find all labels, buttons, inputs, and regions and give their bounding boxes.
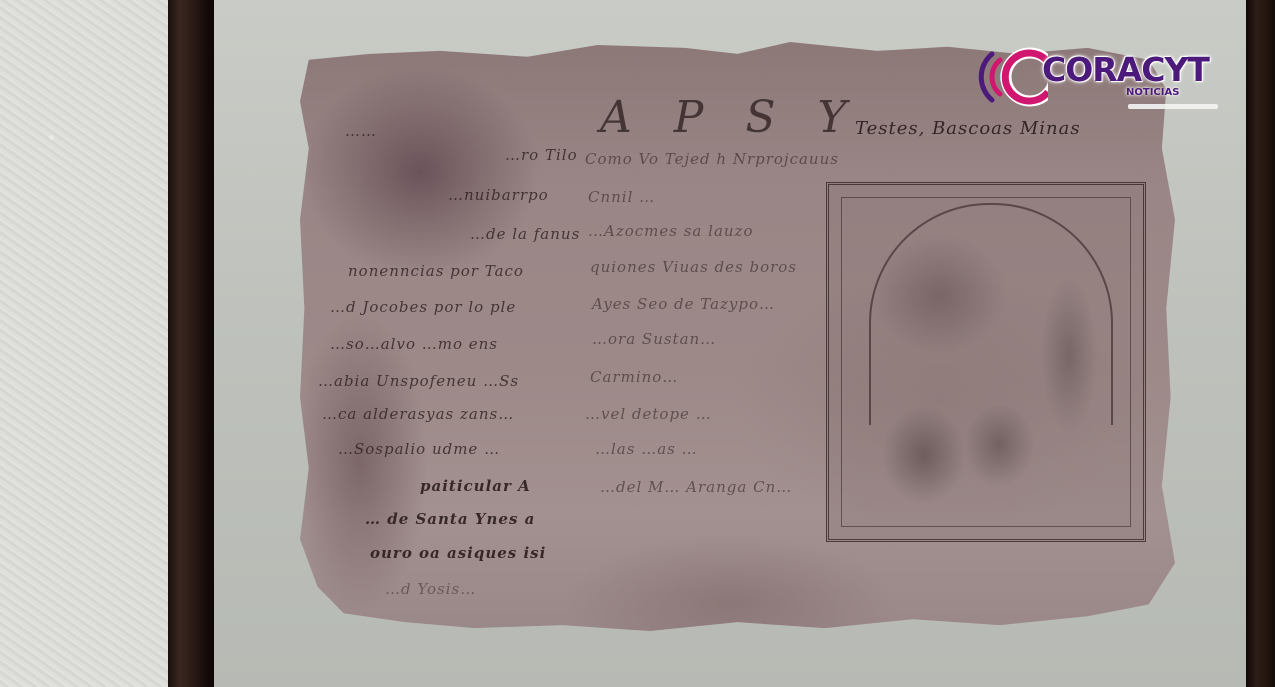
handwritten-line: …d Jocobes por lo ple	[330, 298, 516, 316]
illustration-arch	[869, 203, 1113, 425]
handwritten-line: Como Vo Tejed h Nrprojcauus	[585, 150, 839, 168]
manuscript-title-flourish: A P S Y	[600, 92, 861, 143]
frame-right-edge	[1246, 0, 1275, 687]
handwritten-line: …d Yosis…	[385, 580, 476, 598]
handwritten-line: nonenncias por Taco	[348, 262, 524, 280]
handwritten-line: …nuibarrpo	[448, 186, 549, 204]
manuscript-illustration	[826, 182, 1146, 542]
handwritten-line: Carmino…	[590, 368, 678, 386]
frame-left-edge	[168, 0, 214, 687]
handwritten-line: ouro oa asiques isi	[370, 544, 546, 562]
handwritten-line: …ca alderasyas zans…	[322, 405, 514, 423]
handwritten-line: …so…alvo …mo ens	[330, 335, 498, 353]
handwritten-line: paiticular A	[420, 477, 531, 495]
handwritten-line: …abia Unspofeneu …Ss	[318, 372, 519, 390]
handwritten-line: …Azocmes sa lauzo	[588, 222, 753, 240]
handwritten-line: …ora Sustan…	[592, 330, 716, 348]
coracyt-watermark-logo: CORACYT NOTICIAS	[978, 38, 1223, 116]
manuscript-header-text: Testes, Bascoas Minas	[855, 118, 1081, 139]
handwritten-line: …las …as …	[595, 440, 698, 458]
handwritten-line: Ayes Seo de Tazypo…	[592, 295, 775, 313]
watermark-underline	[1128, 104, 1218, 109]
broadcast-waves-icon	[978, 42, 1048, 112]
handwritten-line: ……	[345, 122, 377, 140]
handwritten-line: …Sospalio udme …	[338, 440, 500, 458]
handwritten-line: Cnnil …	[588, 188, 655, 206]
handwritten-line: …ro Tilo	[505, 146, 578, 164]
watermark-brand-text: CORACYT	[1042, 50, 1209, 89]
textured-wall	[0, 0, 172, 687]
handwritten-line: …del M… Aranga Cn…	[600, 478, 792, 496]
watermark-sub-text: NOTICIAS	[1126, 87, 1179, 98]
handwritten-line: …de la fanus	[470, 225, 580, 243]
handwritten-line: … de Santa Ynes a	[365, 510, 535, 528]
handwritten-line: quiones Viuas des boros	[590, 258, 797, 276]
handwritten-line: …vel detope …	[585, 405, 712, 423]
